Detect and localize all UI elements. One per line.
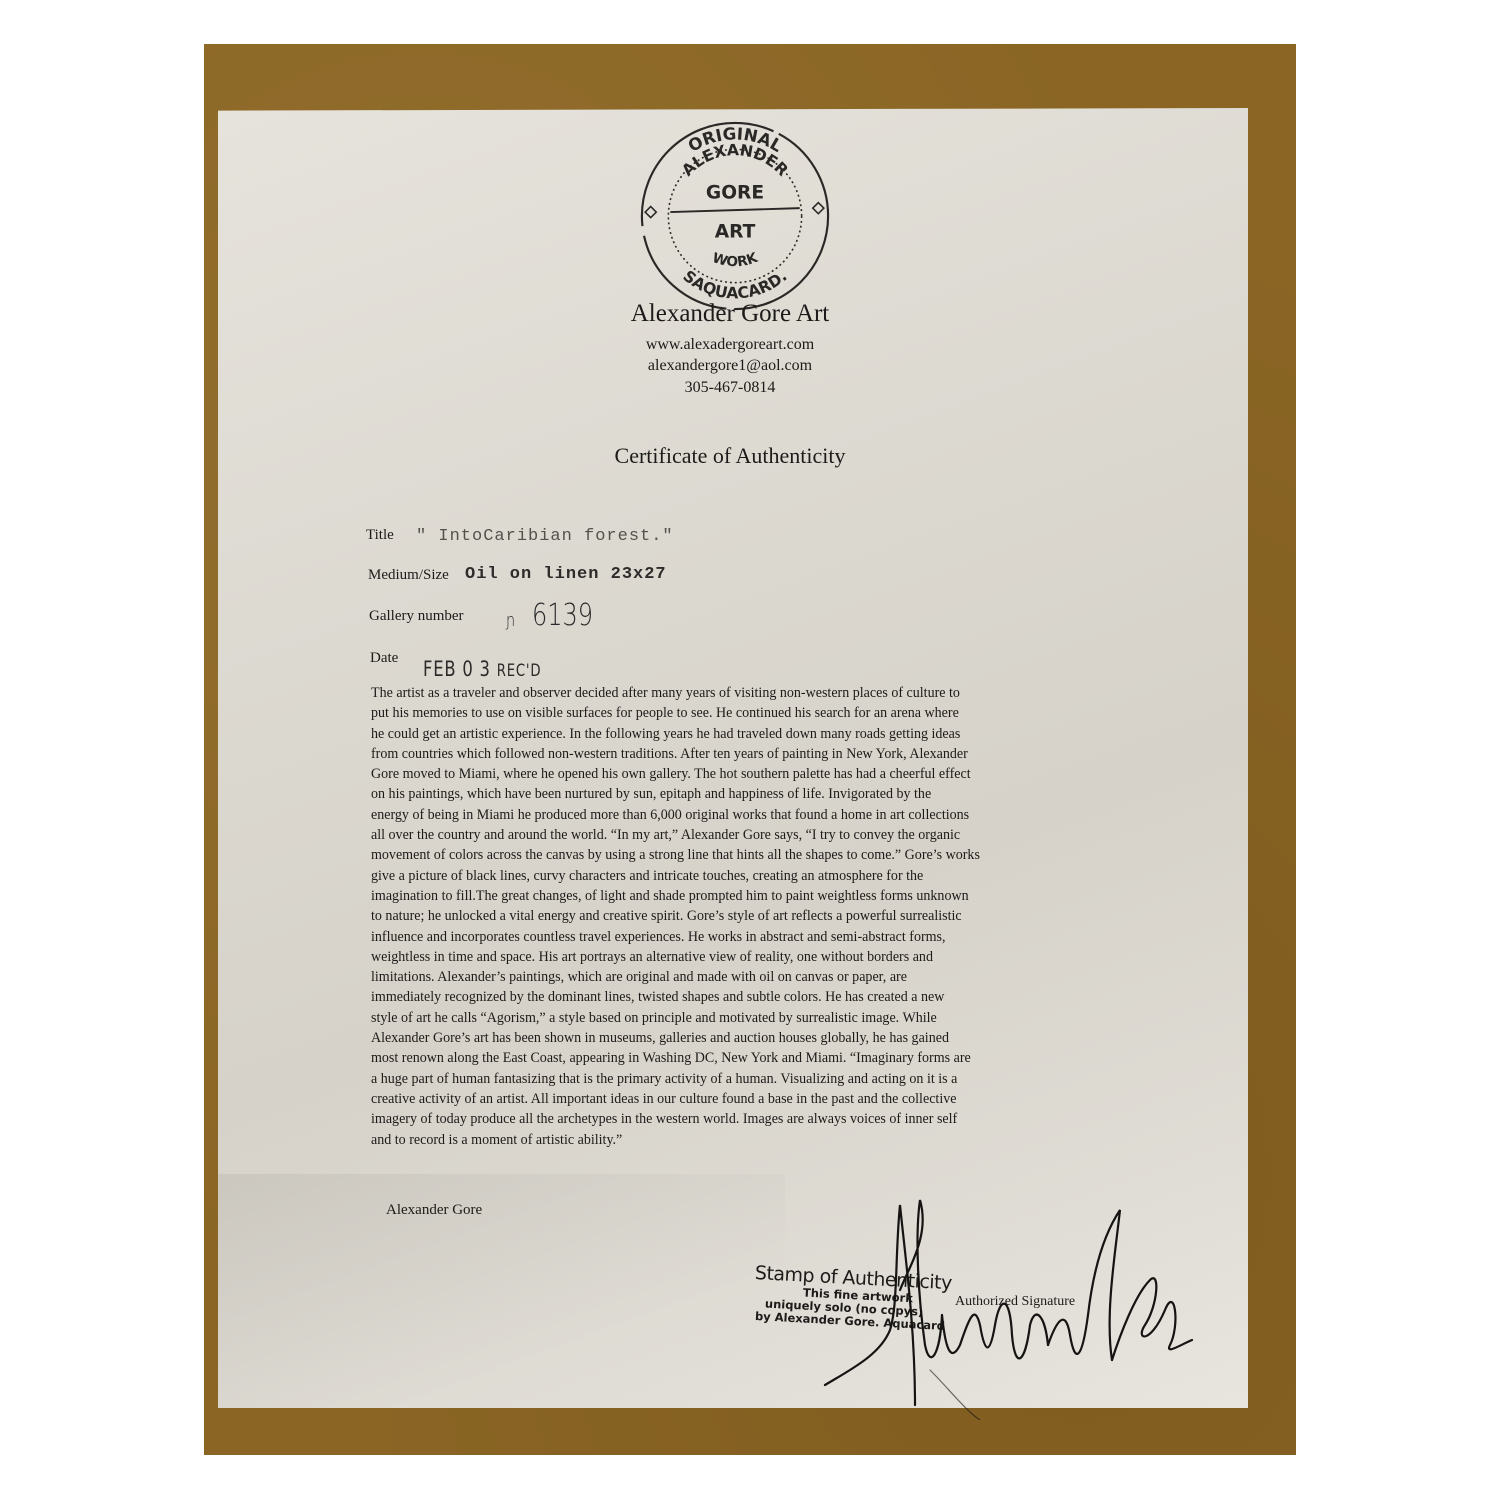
paragraph-line: all over the country and around the worl… bbox=[371, 825, 1059, 845]
phone-number: 305-467-0814 bbox=[560, 379, 900, 397]
paragraph-line: most renown along the East Coast, appear… bbox=[371, 1048, 1059, 1068]
handwritten-signature-icon bbox=[820, 1195, 1200, 1420]
website-link: www.alexadergoreart.com bbox=[560, 336, 900, 354]
paragraph-line: immediately recognized by the dominant l… bbox=[371, 987, 1059, 1007]
paragraph-line: to nature; he unlocked a vital energy an… bbox=[371, 906, 1059, 926]
date-value: FEB 0 3 REC'D bbox=[423, 657, 541, 681]
paragraph-line: and to record is a moment of artistic ab… bbox=[371, 1130, 1059, 1150]
paragraph-line: creative activity of an artist. All impo… bbox=[371, 1089, 1059, 1109]
stamp-bottom-arc-text: SAQUACARD. bbox=[680, 266, 791, 302]
stamp-gore-text: GORE bbox=[706, 182, 764, 203]
document-title: Certificate of Authenticity bbox=[560, 443, 900, 469]
paragraph-line: from countries which followed non-wester… bbox=[371, 744, 1059, 764]
medium-size-label: Medium/Size bbox=[368, 567, 449, 584]
brand-name: Alexander Gore Art bbox=[560, 300, 900, 328]
title-value: " IntoCaribian forest." bbox=[416, 527, 674, 546]
paragraph-line: Alexander Gore’s art has been shown in m… bbox=[371, 1028, 1059, 1048]
date-received-suffix: REC'D bbox=[497, 661, 542, 681]
artist-biography-paragraph: The artist as a traveler and observer de… bbox=[371, 683, 1059, 1150]
artist-name-signature-line: Alexander Gore bbox=[386, 1202, 482, 1219]
paragraph-line: give a picture of black lines, curvy cha… bbox=[371, 866, 1059, 886]
paragraph-line: put his memories to use on visible surfa… bbox=[371, 703, 1059, 723]
title-label: Title bbox=[366, 527, 394, 544]
gallery-number-value: 6139 bbox=[532, 598, 593, 633]
paragraph-line: movement of colors across the canvas by … bbox=[371, 845, 1059, 865]
paragraph-line: The artist as a traveler and observer de… bbox=[371, 683, 1059, 703]
paragraph-line: imagination to fill.The great changes, o… bbox=[371, 886, 1059, 906]
paragraph-line: he could get an artistic experience. In … bbox=[371, 724, 1059, 744]
date-received-stamp: FEB 0 3 bbox=[423, 657, 491, 681]
paragraph-line: influence and incorporates countless tra… bbox=[371, 927, 1059, 947]
stamp-art-text: ART bbox=[715, 222, 756, 243]
medium-size-value: Oil on linen 23x27 bbox=[465, 565, 667, 584]
date-label: Date bbox=[370, 650, 398, 667]
paragraph-line: on his paintings, which have been nurtur… bbox=[371, 784, 1059, 804]
paragraph-line: weightless in time and space. His art po… bbox=[371, 947, 1059, 967]
stamp-work-text: WORK bbox=[710, 249, 761, 270]
paragraph-line: a huge part of human fantasizing that is… bbox=[371, 1069, 1059, 1089]
paragraph-line: style of art he calls “Agorism,” a style… bbox=[371, 1008, 1059, 1028]
paragraph-line: imagery of today produce all the archety… bbox=[371, 1109, 1059, 1129]
original-artwork-stamp-icon: ORIGINAL ALEXANDER GORE ART WORK SAQUACA… bbox=[637, 118, 833, 314]
gallery-number-label: Gallery number bbox=[369, 608, 464, 625]
email-address: alexandergore1@aol.com bbox=[560, 357, 900, 375]
paragraph-line: energy of being in Miami he produced mor… bbox=[371, 805, 1059, 825]
paragraph-line: limitations. Alexander’s paintings, whic… bbox=[371, 967, 1059, 987]
paragraph-line: Gore moved to Miami, where he opened his… bbox=[371, 764, 1059, 784]
gallery-number-prefix: ɲ bbox=[506, 610, 515, 631]
